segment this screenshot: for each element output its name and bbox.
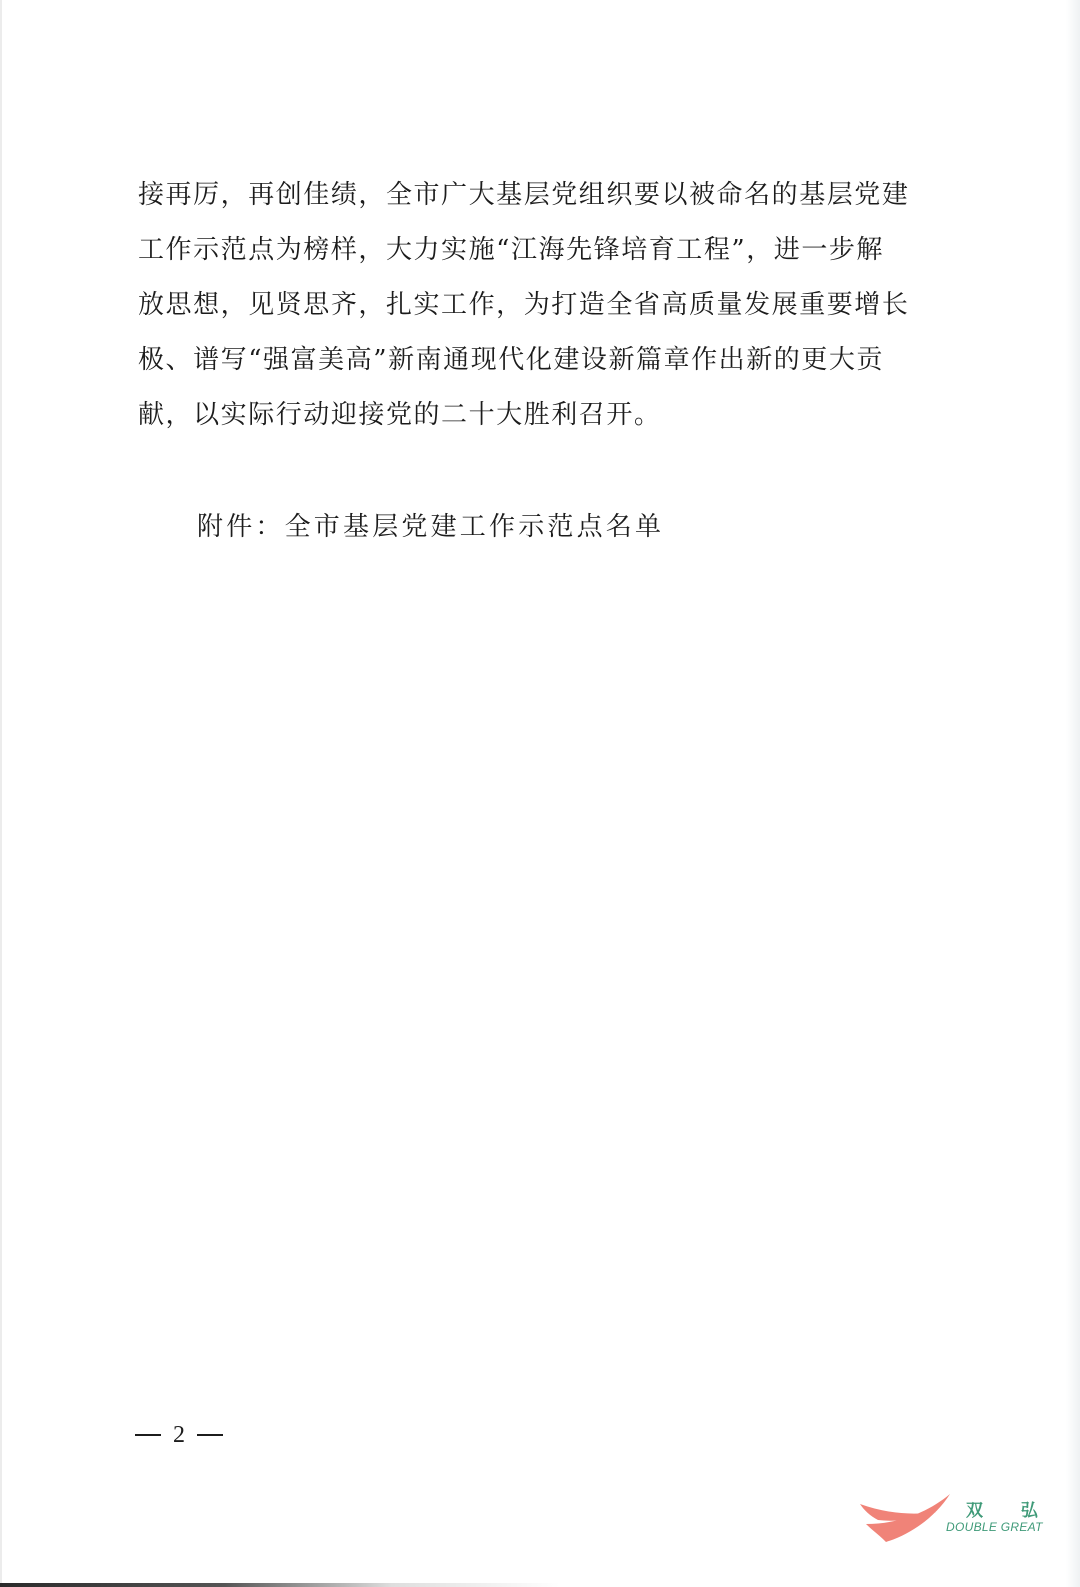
watermark-english-name: DOUBLE GREAT xyxy=(946,1520,1043,1534)
body-line: 工作示范点为榜样，大力实施“江海先锋培育工程”，进一步解 xyxy=(138,223,942,278)
attachment-note: 附件：全市基层党建工作示范点名单 xyxy=(197,500,664,555)
scan-edge-right xyxy=(1066,0,1080,1587)
scan-edge-left xyxy=(0,0,2,1587)
body-line: 接再厉，再创佳绩，全市广大基层党组织要以被命名的基层党建 xyxy=(138,168,942,223)
dash-right xyxy=(197,1434,223,1436)
body-paragraph: 接再厉，再创佳绩，全市广大基层党组织要以被命名的基层党建 工作示范点为榜样，大力… xyxy=(138,168,942,443)
watermark-logo: 双 弘 DOUBLE GREAT xyxy=(856,1490,1056,1546)
body-line: 献，以实际行动迎接党的二十大胜利召开。 xyxy=(138,388,942,443)
swoosh-logo-icon xyxy=(856,1490,956,1546)
body-line: 放思想，见贤思齐，扎实工作，为打造全省高质量发展重要增长 xyxy=(138,278,942,333)
page-number-value: 2 xyxy=(173,1420,185,1450)
dash-left xyxy=(135,1434,161,1436)
body-line: 极、谱写“强富美高”新南通现代化建设新篇章作出新的更大贡 xyxy=(138,333,942,388)
watermark-chinese-name: 双 弘 xyxy=(966,1496,1054,1521)
document-page: 接再厉，再创佳绩，全市广大基层党组织要以被命名的基层党建 工作示范点为榜样，大力… xyxy=(0,0,1080,1587)
scan-shadow-bottom xyxy=(0,1583,560,1587)
page-number: 2 xyxy=(135,1420,223,1450)
